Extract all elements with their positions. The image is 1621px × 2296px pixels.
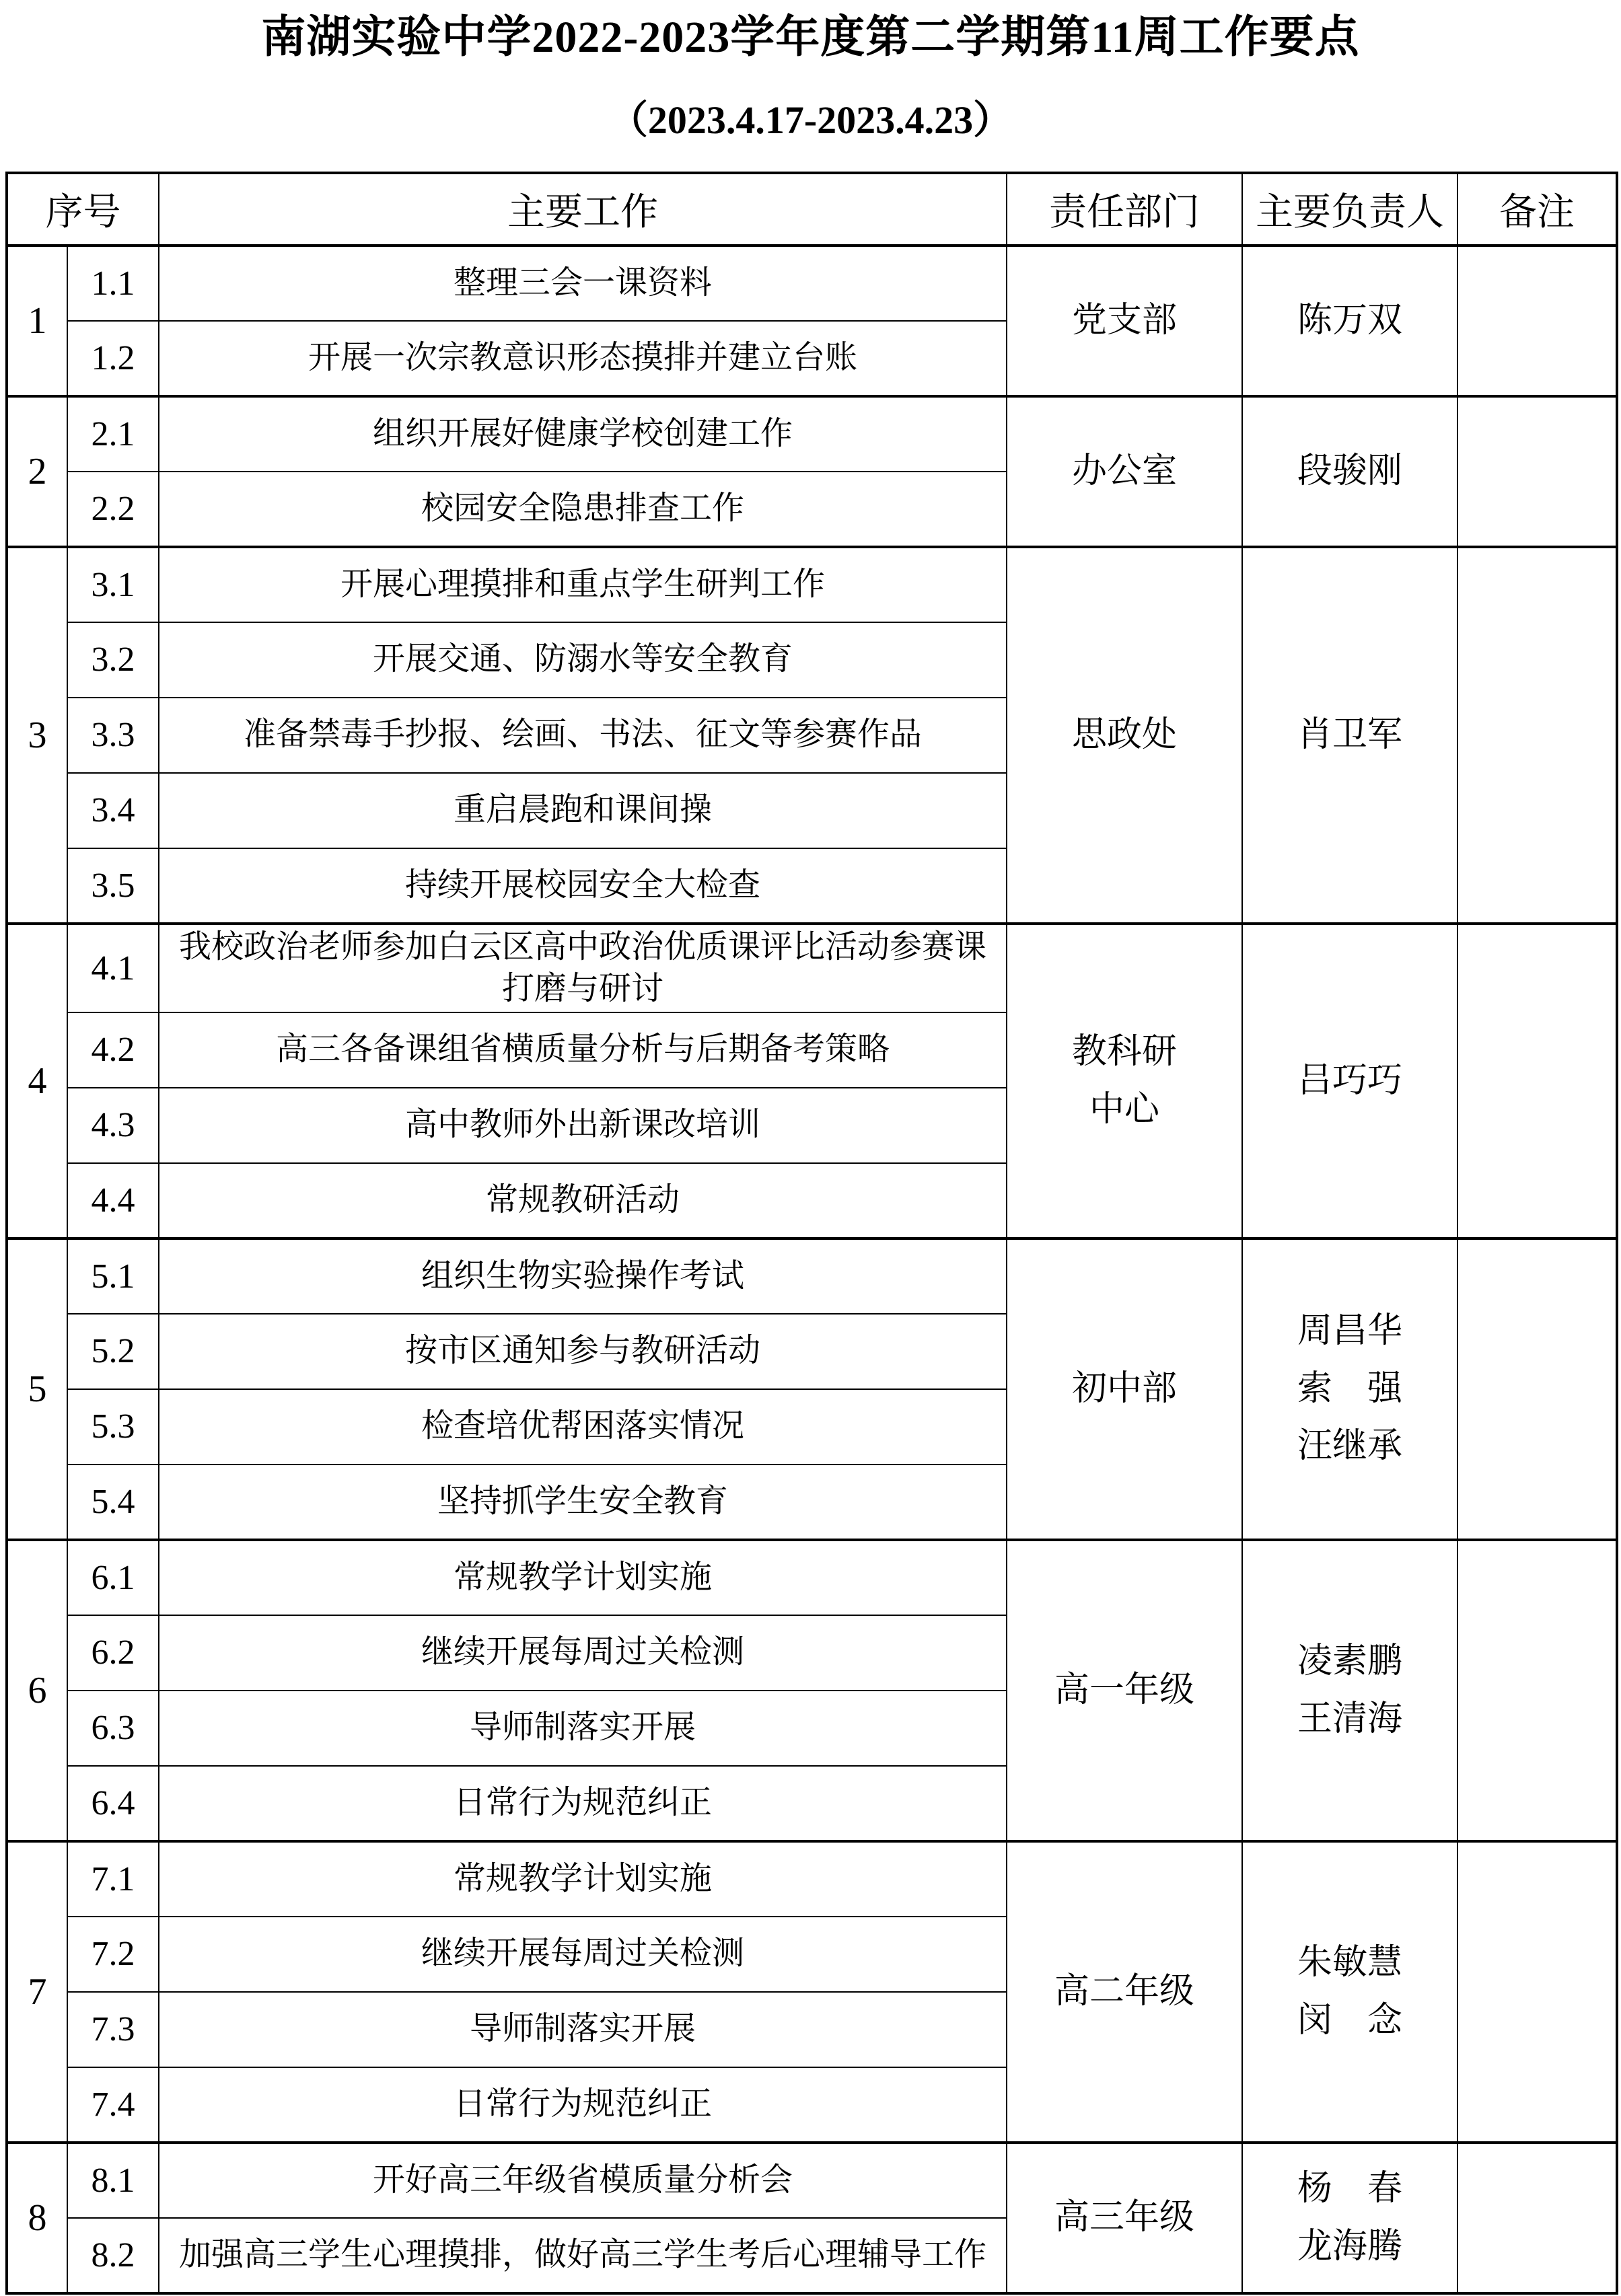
item-number-cell: 2.2 — [67, 472, 159, 547]
item-number-cell: 6.4 — [67, 1766, 159, 1841]
group-number-cell: 3 — [7, 547, 67, 924]
work-item-row: 44.1我校政治老师参加白云区高中政治优质课评比活动参赛课打磨与研讨教科研 中心… — [7, 924, 1617, 1012]
page-subtitle: （2023.4.17-2023.4.23） — [0, 63, 1621, 143]
department-cell: 思政处 — [1007, 547, 1242, 924]
item-number-cell: 5.3 — [67, 1389, 159, 1465]
person-cell: 周昌华 索 强 汪继承 — [1242, 1238, 1457, 1540]
column-header-work: 主要工作 — [159, 173, 1007, 246]
work-item-cell: 整理三会一课资料 — [159, 246, 1007, 321]
item-number-cell: 8.2 — [67, 2218, 159, 2293]
work-item-cell: 开展一次宗教意识形态摸排并建立台账 — [159, 321, 1007, 396]
column-header-person: 主要负责人 — [1242, 173, 1457, 246]
work-item-cell: 我校政治老师参加白云区高中政治优质课评比活动参赛课打磨与研讨 — [159, 924, 1007, 1012]
item-number-cell: 4.2 — [67, 1012, 159, 1088]
work-item-cell: 校园安全隐患排查工作 — [159, 472, 1007, 547]
person-cell: 凌素鹏 王清海 — [1242, 1540, 1457, 1841]
department-cell: 办公室 — [1007, 396, 1242, 547]
item-number-cell: 6.1 — [67, 1540, 159, 1615]
work-item-cell: 高三各备课组省横质量分析与后期备考策略 — [159, 1012, 1007, 1088]
department-cell: 教科研 中心 — [1007, 924, 1242, 1238]
item-number-cell: 3.1 — [67, 547, 159, 622]
work-item-cell: 继续开展每周过关检测 — [159, 1917, 1007, 1992]
work-item-cell: 加强高三学生心理摸排，做好高三学生考后心理辅导工作 — [159, 2218, 1007, 2293]
work-item-cell: 常规教学计划实施 — [159, 1841, 1007, 1917]
item-number-cell: 7.2 — [67, 1917, 159, 1992]
group-number-cell: 5 — [7, 1238, 67, 1540]
item-number-cell: 6.3 — [67, 1691, 159, 1766]
page-title: 南湖实验中学2022-2023学年度第二学期第11周工作要点 — [0, 0, 1621, 63]
person-cell: 杨 春 龙海腾 — [1242, 2143, 1457, 2293]
person-cell: 朱敏慧 闵 念 — [1242, 1841, 1457, 2143]
item-number-cell: 7.3 — [67, 1992, 159, 2067]
work-item-cell: 开展心理摸排和重点学生研判工作 — [159, 547, 1007, 622]
work-plan-table: 序号 主要工作 责任部门 主要负责人 备注 11.1整理三会一课资料党支部陈万双… — [5, 172, 1618, 2295]
work-item-row: 66.1常规教学计划实施高一年级凌素鹏 王清海 — [7, 1540, 1617, 1615]
item-number-cell: 3.5 — [67, 848, 159, 924]
work-item-row: 77.1常规教学计划实施高二年级朱敏慧 闵 念 — [7, 1841, 1617, 1917]
work-item-cell: 组织开展好健康学校创建工作 — [159, 396, 1007, 472]
department-cell: 高一年级 — [1007, 1540, 1242, 1841]
item-number-cell: 5.1 — [67, 1238, 159, 1314]
remark-cell — [1457, 2143, 1617, 2293]
person-cell: 段骏刚 — [1242, 396, 1457, 547]
person-cell: 陈万双 — [1242, 246, 1457, 396]
group-number-cell: 1 — [7, 246, 67, 396]
work-item-cell: 准备禁毒手抄报、绘画、书法、征文等参赛作品 — [159, 698, 1007, 773]
column-header-index: 序号 — [7, 173, 159, 246]
item-number-cell: 4.3 — [67, 1088, 159, 1163]
item-number-cell: 3.3 — [67, 698, 159, 773]
group-number-cell: 2 — [7, 396, 67, 547]
work-item-row: 11.1整理三会一课资料党支部陈万双 — [7, 246, 1617, 321]
group-number-cell: 8 — [7, 2143, 67, 2293]
table-header-row: 序号 主要工作 责任部门 主要负责人 备注 — [7, 173, 1617, 246]
work-item-row: 22.1组织开展好健康学校创建工作办公室段骏刚 — [7, 396, 1617, 472]
item-number-cell: 1.2 — [67, 321, 159, 396]
remark-cell — [1457, 924, 1617, 1238]
work-item-row: 33.1开展心理摸排和重点学生研判工作思政处肖卫军 — [7, 547, 1617, 622]
work-item-cell: 常规教研活动 — [159, 1163, 1007, 1238]
group-number-cell: 6 — [7, 1540, 67, 1841]
item-number-cell: 1.1 — [67, 246, 159, 321]
item-number-cell: 2.1 — [67, 396, 159, 472]
work-item-cell: 开好高三年级省模质量分析会 — [159, 2143, 1007, 2218]
item-number-cell: 5.4 — [67, 1465, 159, 1540]
document-page: 南湖实验中学2022-2023学年度第二学期第11周工作要点 （2023.4.1… — [0, 0, 1621, 2296]
work-item-row: 55.1组织生物实验操作考试初中部周昌华 索 强 汪继承 — [7, 1238, 1617, 1314]
item-number-cell: 3.2 — [67, 622, 159, 698]
work-item-cell: 组织生物实验操作考试 — [159, 1238, 1007, 1314]
work-item-cell: 高中教师外出新课改培训 — [159, 1088, 1007, 1163]
person-cell: 吕巧巧 — [1242, 924, 1457, 1238]
column-header-remark: 备注 — [1457, 173, 1617, 246]
work-item-cell: 导师制落实开展 — [159, 1992, 1007, 2067]
department-cell: 高三年级 — [1007, 2143, 1242, 2293]
item-number-cell: 5.2 — [67, 1314, 159, 1389]
item-number-cell: 8.1 — [67, 2143, 159, 2218]
group-number-cell: 4 — [7, 924, 67, 1238]
work-item-cell: 日常行为规范纠正 — [159, 1766, 1007, 1841]
remark-cell — [1457, 246, 1617, 396]
remark-cell — [1457, 1540, 1617, 1841]
item-number-cell: 3.4 — [67, 773, 159, 848]
item-number-cell: 4.1 — [67, 924, 159, 1012]
work-item-cell: 继续开展每周过关检测 — [159, 1615, 1007, 1691]
item-number-cell: 7.4 — [67, 2067, 159, 2143]
work-item-cell: 常规教学计划实施 — [159, 1540, 1007, 1615]
work-item-cell: 导师制落实开展 — [159, 1691, 1007, 1766]
work-item-cell: 开展交通、防溺水等安全教育 — [159, 622, 1007, 698]
remark-cell — [1457, 547, 1617, 924]
person-cell: 肖卫军 — [1242, 547, 1457, 924]
department-cell: 初中部 — [1007, 1238, 1242, 1540]
work-item-cell: 检查培优帮困落实情况 — [159, 1389, 1007, 1465]
remark-cell — [1457, 1841, 1617, 2143]
remark-cell — [1457, 1238, 1617, 1540]
work-item-row: 88.1开好高三年级省模质量分析会高三年级杨 春 龙海腾 — [7, 2143, 1617, 2218]
work-item-cell: 坚持抓学生安全教育 — [159, 1465, 1007, 1540]
department-cell: 党支部 — [1007, 246, 1242, 396]
remark-cell — [1457, 396, 1617, 547]
work-item-cell: 重启晨跑和课间操 — [159, 773, 1007, 848]
work-item-cell: 按市区通知参与教研活动 — [159, 1314, 1007, 1389]
column-header-department: 责任部门 — [1007, 173, 1242, 246]
department-cell: 高二年级 — [1007, 1841, 1242, 2143]
group-number-cell: 7 — [7, 1841, 67, 2143]
item-number-cell: 4.4 — [67, 1163, 159, 1238]
work-item-cell: 日常行为规范纠正 — [159, 2067, 1007, 2143]
work-item-cell: 持续开展校园安全大检查 — [159, 848, 1007, 924]
item-number-cell: 6.2 — [67, 1615, 159, 1691]
item-number-cell: 7.1 — [67, 1841, 159, 1917]
